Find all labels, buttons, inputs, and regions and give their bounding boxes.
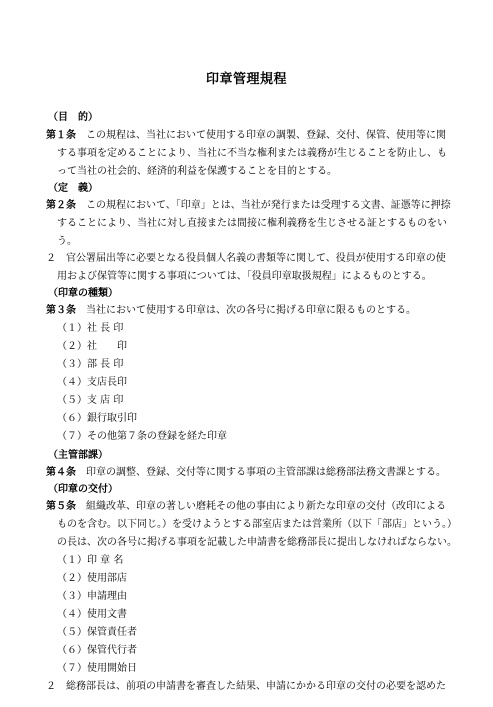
list-item: （１）印 章 名: [57, 555, 123, 567]
section-heading: （主管部課）: [48, 450, 108, 462]
article-number: 第１条: [46, 130, 76, 141]
list-item: （３）部 長 印: [57, 359, 123, 371]
list-item: （４）支店長印: [57, 377, 127, 389]
paragraph-line: ２ 総務部長は、前項の申請書を審査した結果、申請にかかる印章の交付の必要を認めた: [46, 681, 446, 693]
continuation-line: って当社の社会的、経済的利益を保護することを目的とする。: [57, 166, 337, 178]
section-heading: （印章の交付）: [48, 484, 118, 496]
continuation-line: ものを含む。以下同じ。）を受けようとする部室店または営業所（以下「部店」という。…: [57, 519, 457, 531]
list-item: （２）社 印: [57, 341, 127, 353]
article-line: 第３条 当社において使用する印章は、次の各号に掲げる印章に限るものとする。: [46, 305, 416, 317]
article-number: 第５条: [46, 501, 76, 512]
article-text: この規程において、「印章」とは、当社が発行または受理する文書、証憑等に押捺: [76, 200, 451, 211]
article-number: 第２条: [46, 200, 76, 211]
article-line: 第１条 この規程は、当社において使用する印章の調製、登録、交付、保管、使用等に関: [46, 130, 446, 142]
continuation-line: する事項を定めることにより、当社に不当な権利または義務が生じることを防止し、も: [57, 148, 447, 160]
list-item: （５）保管責任者: [57, 627, 137, 639]
article-text: 当社において使用する印章は、次の各号に掲げる印章に限るものとする。: [76, 305, 416, 316]
list-item: （４）使用文書: [57, 609, 127, 621]
section-heading: （印章の種類）: [48, 288, 118, 300]
paragraph-line: ２ 官公署届出等に必要となる役員個人名義の書類等に関して、役員が使用する印章の使: [46, 253, 446, 265]
article-number: 第３条: [46, 305, 76, 316]
list-item: （１）社 長 印: [57, 323, 123, 335]
list-item: （２）使用部店: [57, 573, 127, 585]
list-item: （３）申請理由: [57, 591, 127, 603]
article-line: 第５条 組織改革、印章の著しい磨耗その他の事由により新たな印章の交付（改印による: [46, 501, 446, 513]
list-item: （６）保管代行者: [57, 645, 137, 657]
continuation-line: う。: [57, 236, 77, 248]
list-item: （５）支 店 印: [57, 395, 123, 407]
article-text: この規程は、当社において使用する印章の調製、登録、交付、保管、使用等に関: [76, 130, 446, 141]
article-line: 第２条 この規程において、「印章」とは、当社が発行または受理する文書、証憑等に押…: [46, 200, 451, 212]
list-item: （６）銀行取引印: [57, 413, 137, 425]
section-heading: （定 義）: [48, 183, 98, 195]
article-text: 印章の調整、登録、交付等に関する事項の主管部課は総務部法務文書課とする。: [76, 467, 446, 478]
continuation-line: 用および保管等に関する事項については、「役員印章取扱規程」によるものとする。: [57, 271, 432, 283]
document-title: 印章管理規程: [0, 68, 493, 87]
list-item: （７）使用開始日: [57, 663, 137, 675]
article-text: 組織改革、印章の著しい磨耗その他の事由により新たな印章の交付（改印による: [76, 501, 446, 512]
continuation-line: の長は、次の各号に掲げる事項を記載した申請書を総務部長に提出しなければならない。: [57, 537, 457, 549]
continuation-line: することにより、当社に対し直接または間接に権利義務を生じさせる証とするものをい: [57, 218, 447, 230]
article-line: 第４条 印章の調整、登録、交付等に関する事項の主管部課は総務部法務文書課とする。: [46, 467, 446, 479]
section-heading: （目 的）: [48, 112, 98, 124]
article-number: 第４条: [46, 467, 76, 478]
list-item: （７）その他第７条の登録を経た印章: [57, 431, 227, 443]
